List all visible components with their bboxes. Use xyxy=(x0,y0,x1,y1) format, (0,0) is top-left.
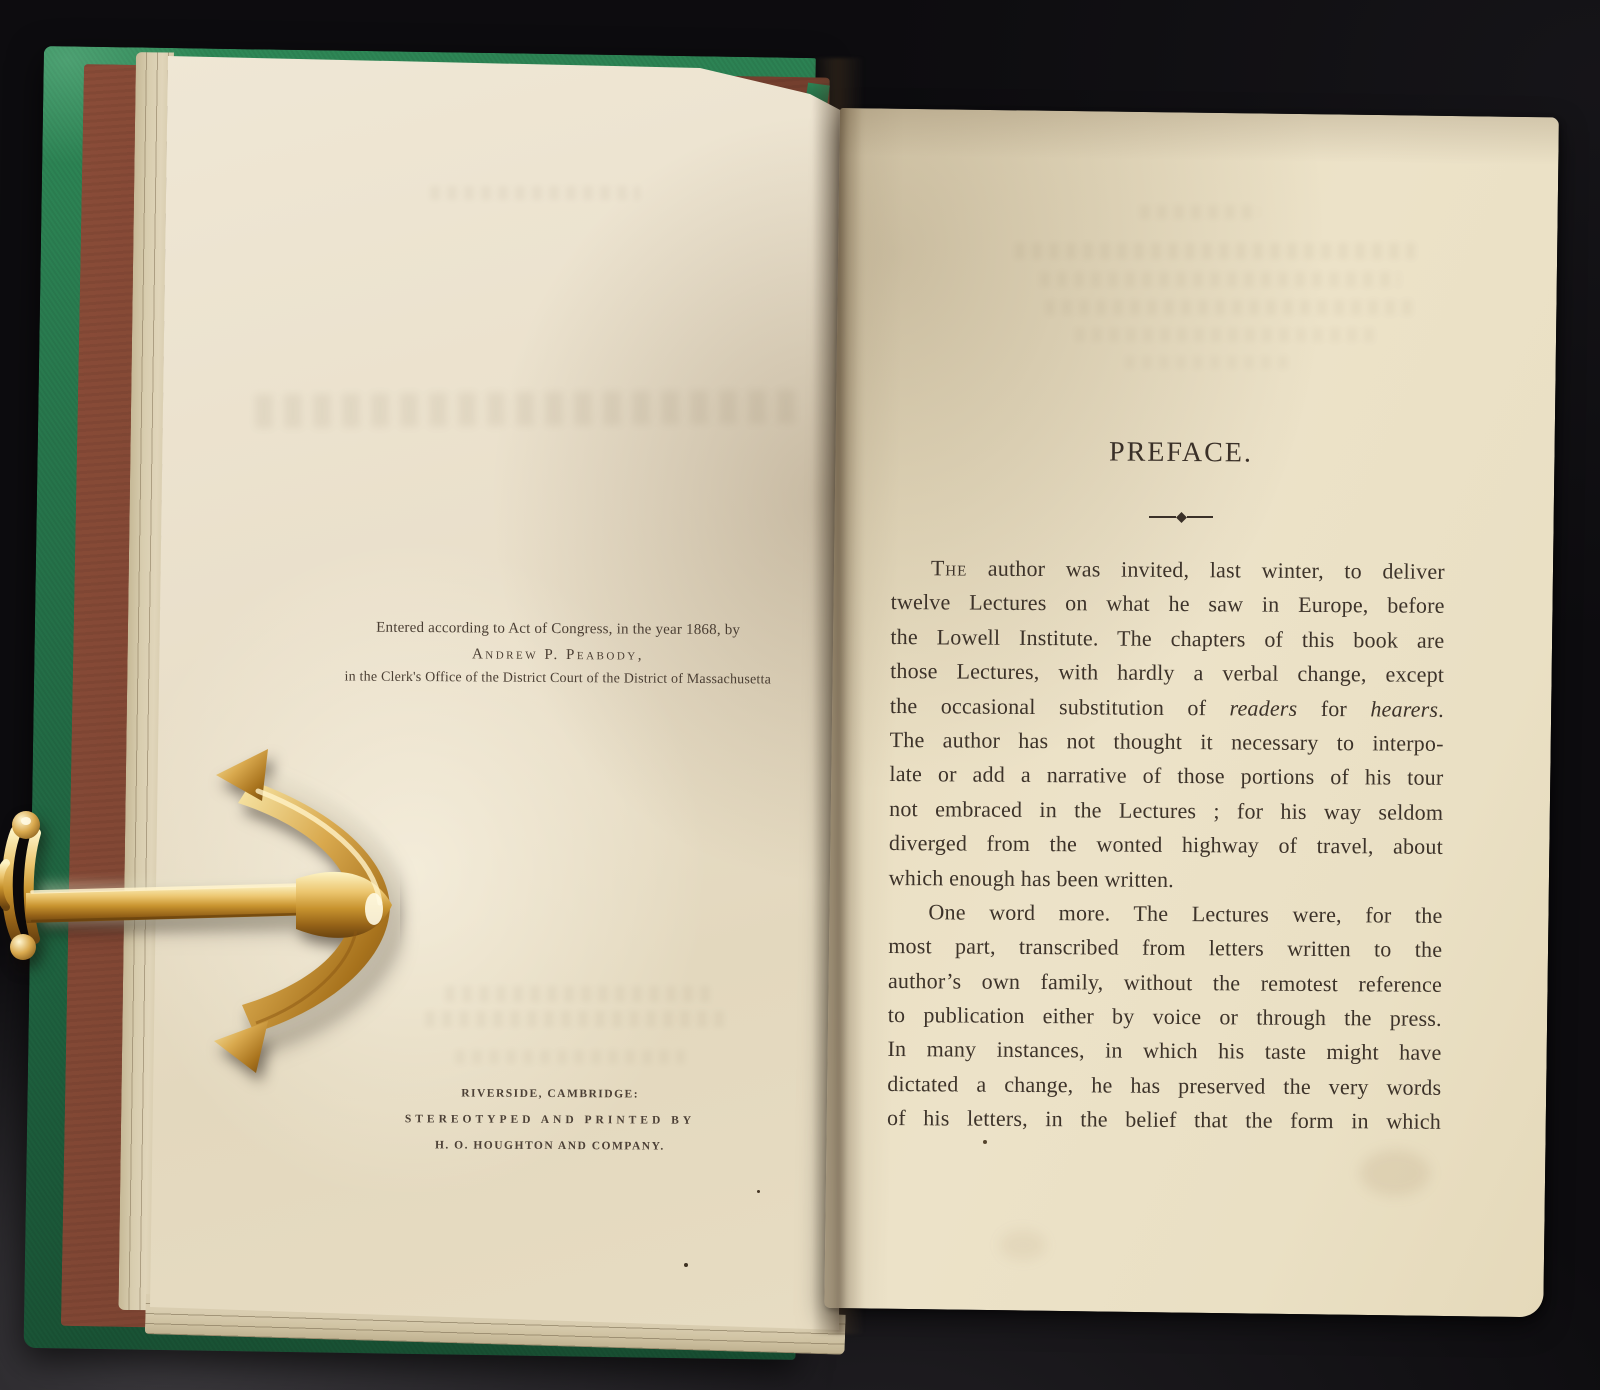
preface-line: diverged from the wonted highway of trav… xyxy=(889,826,1443,864)
ink-speck xyxy=(983,1140,987,1144)
preface-line: late or add a narrative of those portion… xyxy=(889,757,1443,795)
preface-line: author’s own family, without the remotes… xyxy=(888,964,1442,1002)
book-photo: Entered according to Act of Congress, in… xyxy=(0,0,1600,1390)
show-through-text xyxy=(445,986,715,1002)
preface-line: not embraced in the Lectures ; for his w… xyxy=(889,792,1443,830)
preface-line: The author was invited, last winter, to … xyxy=(891,551,1445,589)
divider-line-left xyxy=(1149,516,1176,518)
imprint-line-2: STEREOTYPED AND PRINTED BY xyxy=(290,1106,810,1135)
preface-line: The author has not thought it necessary … xyxy=(890,723,1444,761)
show-through-text xyxy=(455,1050,685,1064)
show-through-text xyxy=(1075,328,1375,342)
preface-line: those Lectures, with hardly a verbal cha… xyxy=(890,654,1444,692)
imprint-line-1: RIVERSIDE, CAMBRIDGE: xyxy=(290,1081,810,1109)
show-through-text xyxy=(1015,243,1415,259)
copyright-notice: Entered according to Act of Congress, in… xyxy=(298,616,818,692)
preface-line: the Lowell Institute. The chapters of th… xyxy=(890,620,1444,658)
foxing-stain xyxy=(1360,1150,1430,1196)
divider-diamond xyxy=(1176,512,1187,523)
preface-line: to publication either by voice or throug… xyxy=(888,998,1442,1036)
show-through-text xyxy=(430,186,640,200)
preface-body: The author was invited, last winter, to … xyxy=(887,551,1445,1139)
gutter-shadow xyxy=(812,58,864,1334)
divider-line-right xyxy=(1187,516,1214,518)
preface-line: the occasional substitution of readers f… xyxy=(890,689,1444,727)
anchor-clasp xyxy=(0,735,400,1080)
ink-speck xyxy=(757,1190,760,1193)
printer-imprint: RIVERSIDE, CAMBRIDGE: STEREOTYPED AND PR… xyxy=(290,1081,810,1161)
preface-line: twelve Lectures on what he saw in Europe… xyxy=(891,585,1445,623)
preface-line: One word more. The Lectures were, for th… xyxy=(888,895,1442,933)
anchor-icon xyxy=(0,735,400,1080)
preface-line: In many instances, in which his taste mi… xyxy=(887,1032,1441,1070)
copyright-line-2: Andrew P. Peabody, xyxy=(298,642,818,669)
show-through-text xyxy=(425,1011,725,1027)
foxing-stain xyxy=(1000,1230,1046,1260)
preface-line: of his letters, in the belief that the f… xyxy=(887,1101,1441,1139)
ink-speck xyxy=(684,1263,688,1267)
show-through-text xyxy=(1125,356,1295,369)
preface-line: most part, transcribed from letters writ… xyxy=(888,929,1442,967)
preface-line: which enough has been written. xyxy=(889,861,1443,899)
show-through-text xyxy=(1045,300,1415,315)
divider-ornament xyxy=(1149,512,1213,522)
show-through-text xyxy=(1140,205,1260,219)
copyright-line-3: in the Clerk's Office of the District Co… xyxy=(298,666,818,692)
copyright-line-1: Entered according to Act of Congress, in… xyxy=(298,616,818,643)
show-through-text xyxy=(1040,272,1400,287)
imprint-line-3: H. O. HOUGHTON AND COMPANY. xyxy=(290,1132,810,1161)
show-through-title xyxy=(255,390,795,429)
page-title: PREFACE. xyxy=(901,435,1461,471)
preface-line: dictated a change, he has preserved the … xyxy=(887,1067,1441,1105)
